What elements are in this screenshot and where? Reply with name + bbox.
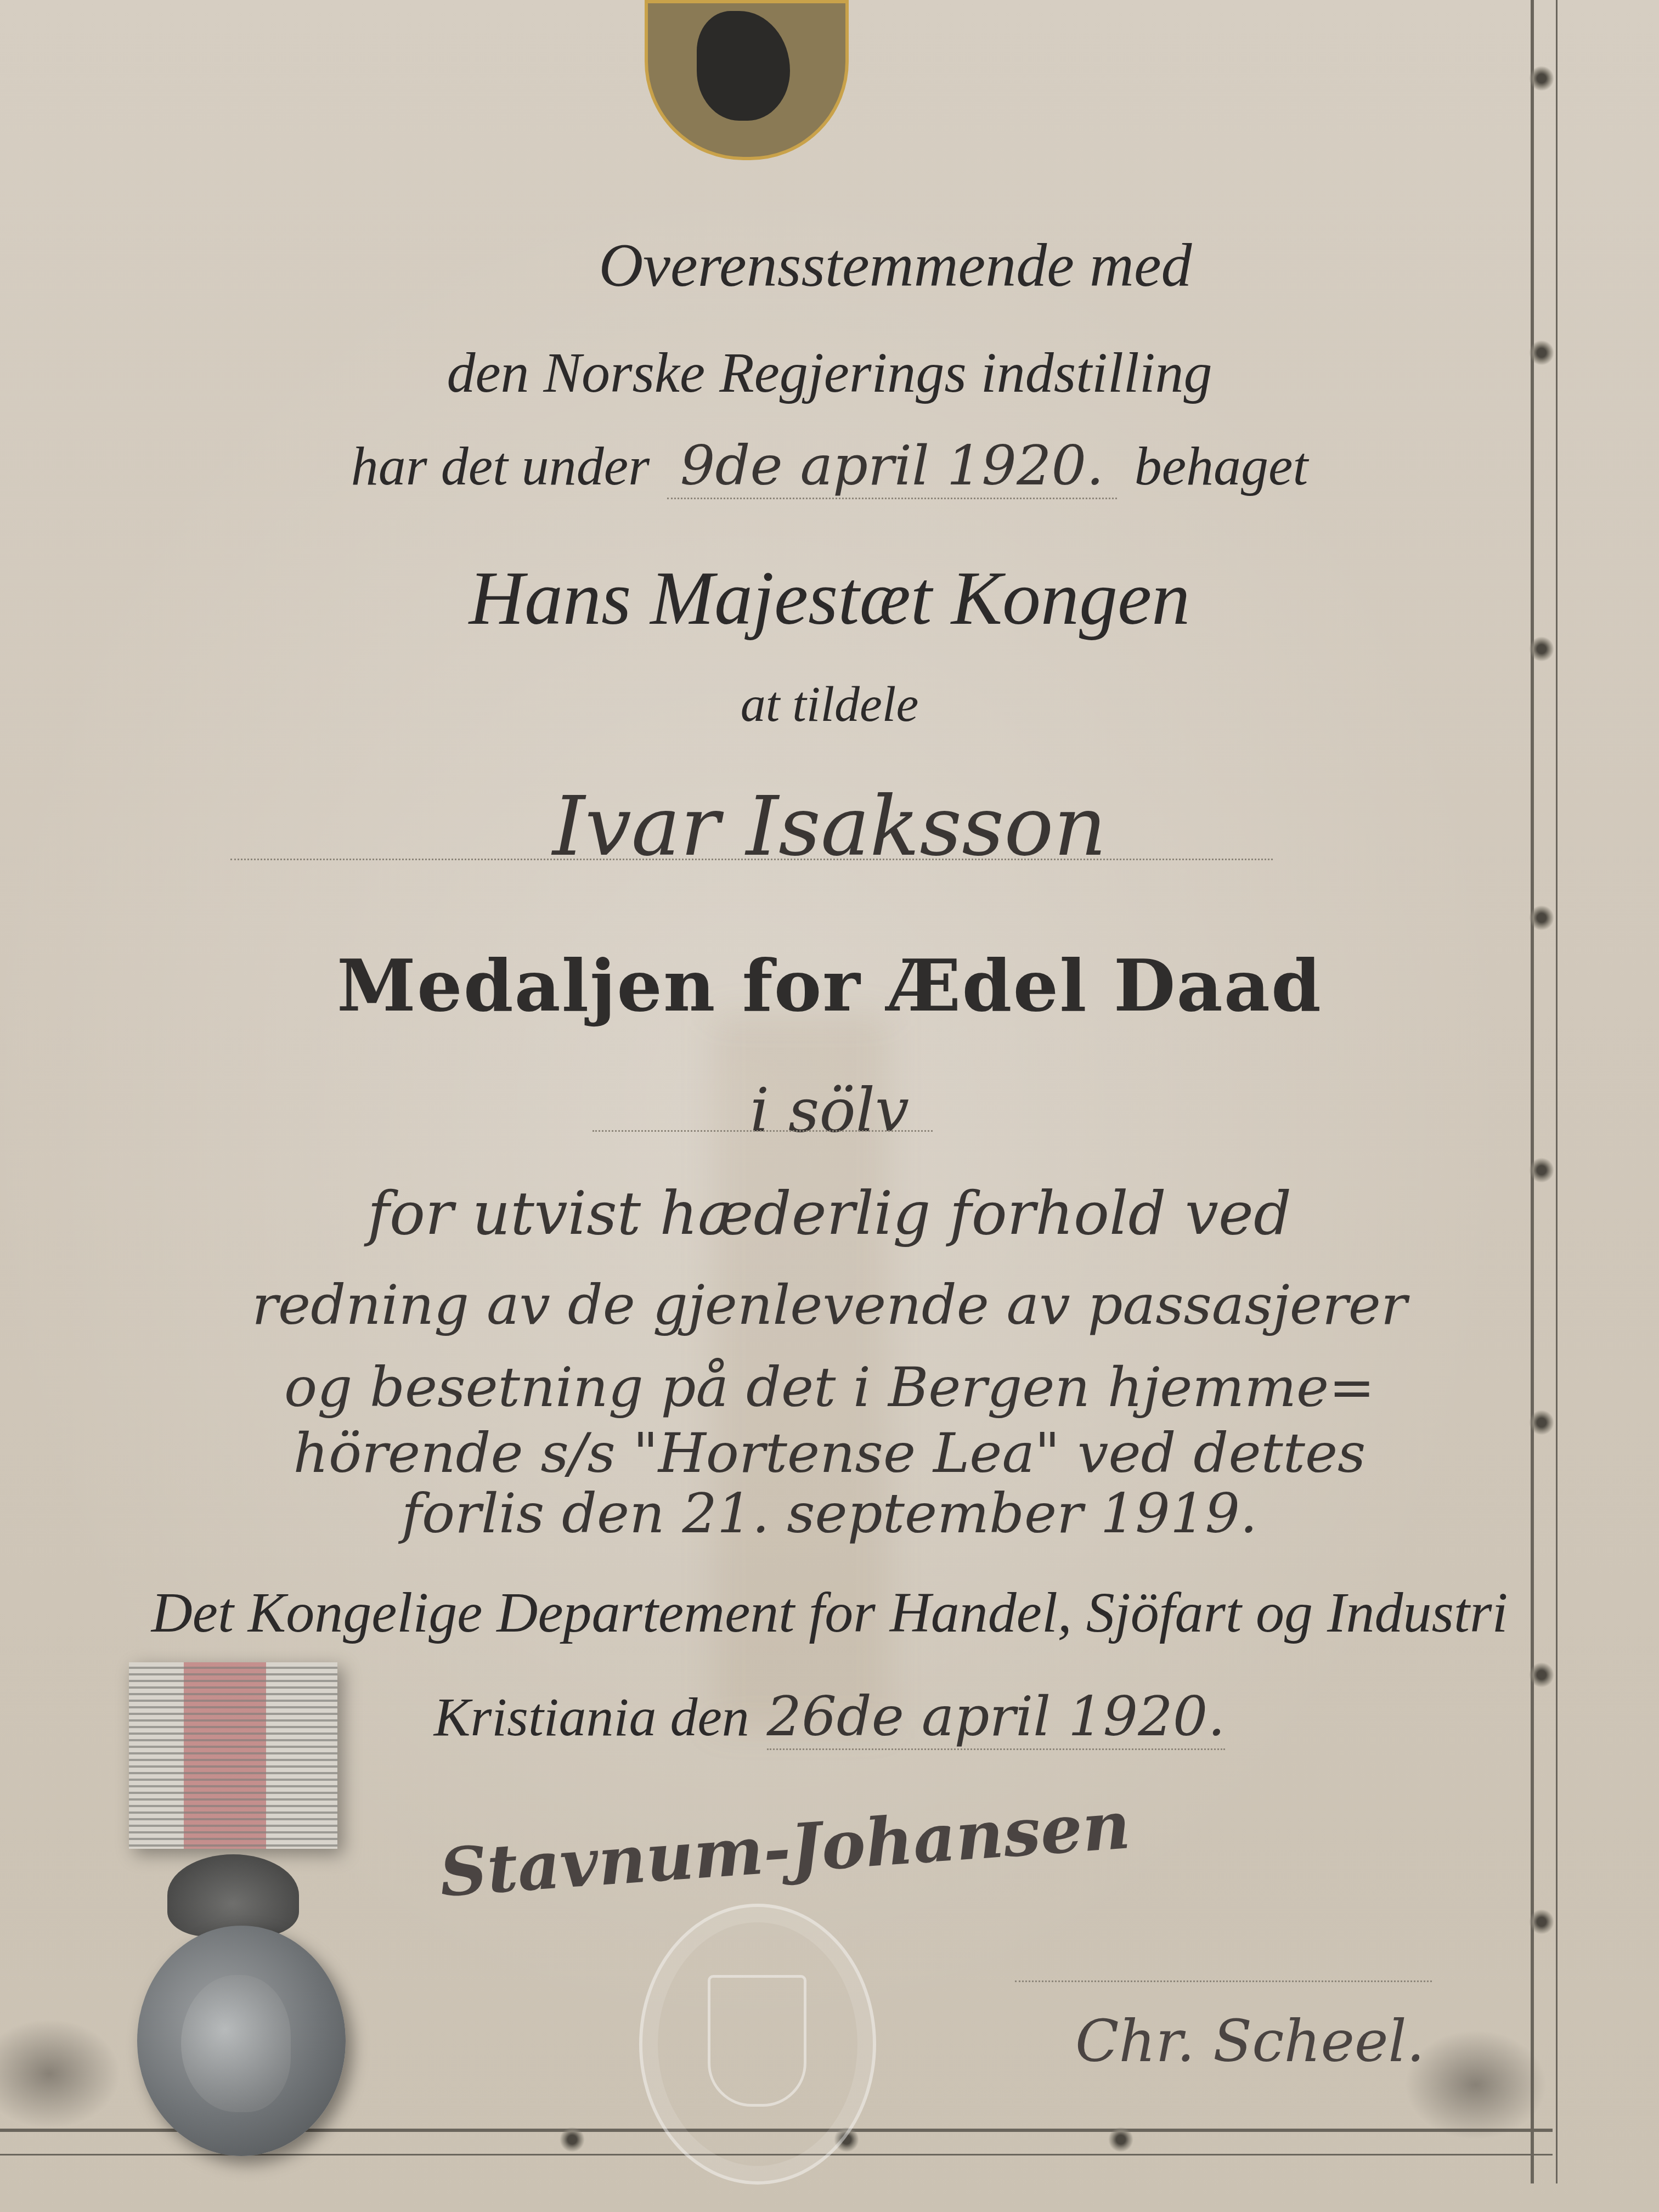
rosette-icon	[1529, 905, 1554, 930]
medal-ribbon	[129, 1662, 337, 1849]
citation-line: og besetning på det i Bergen hjemme=	[0, 1355, 1659, 1419]
award-decision-date: 9de april 1920.	[667, 433, 1117, 499]
rosette-icon	[1529, 66, 1554, 91]
secretary-signature: Chr. Scheel.	[1075, 2008, 1425, 2075]
intro-line-3: har det under 9de april 1920. behaget	[0, 433, 1659, 499]
medal-crown-icon	[167, 1854, 299, 1937]
grade-rule	[592, 1130, 933, 1132]
citation-line: hörende s/s "Hortense Lea" ved dettes	[0, 1421, 1659, 1485]
issue-date: 26de april 1920.	[767, 1684, 1226, 1750]
rosette-icon	[560, 2127, 585, 2152]
ribbon-red-stripe	[184, 1662, 266, 1849]
rosette-icon	[1529, 1909, 1554, 1934]
medal-portrait-icon	[181, 1975, 291, 2112]
medal-title: Medaljen for Ædel Daad	[0, 944, 1659, 1028]
corner-ornament-icon	[0, 2019, 121, 2129]
citation-line: forlis den 21. september 1919.	[0, 1481, 1659, 1545]
seal-shield-icon	[708, 1975, 806, 2107]
authority-line: Hans Majestæt Kongen	[0, 554, 1659, 642]
intro-line-2: den Norske Regjerings indstilling	[0, 340, 1659, 405]
medal-grade: i sölv	[0, 1075, 1659, 1145]
secretary-signature-rule	[1015, 1980, 1432, 1982]
rosette-icon	[1108, 2127, 1133, 2152]
corner-ornament-icon	[1404, 2030, 1547, 2140]
intro-line-3-prefix: har det under	[351, 436, 650, 496]
department-name: Det Kongelige Departement for Handel, Sj…	[0, 1580, 1659, 1645]
citation-line: redning av de gjenlevende av passasjerer	[0, 1273, 1659, 1337]
recipient-rule	[230, 859, 1273, 860]
citation-line: for utvist hæderlig forhold ved	[0, 1180, 1659, 1248]
place-date-prefix: Kristiania den	[434, 1686, 749, 1747]
action-line: at tildele	[0, 675, 1659, 733]
intro-line-1: Overensstemmende med	[0, 230, 1659, 301]
intro-line-3-suffix: behaget	[1135, 436, 1308, 496]
